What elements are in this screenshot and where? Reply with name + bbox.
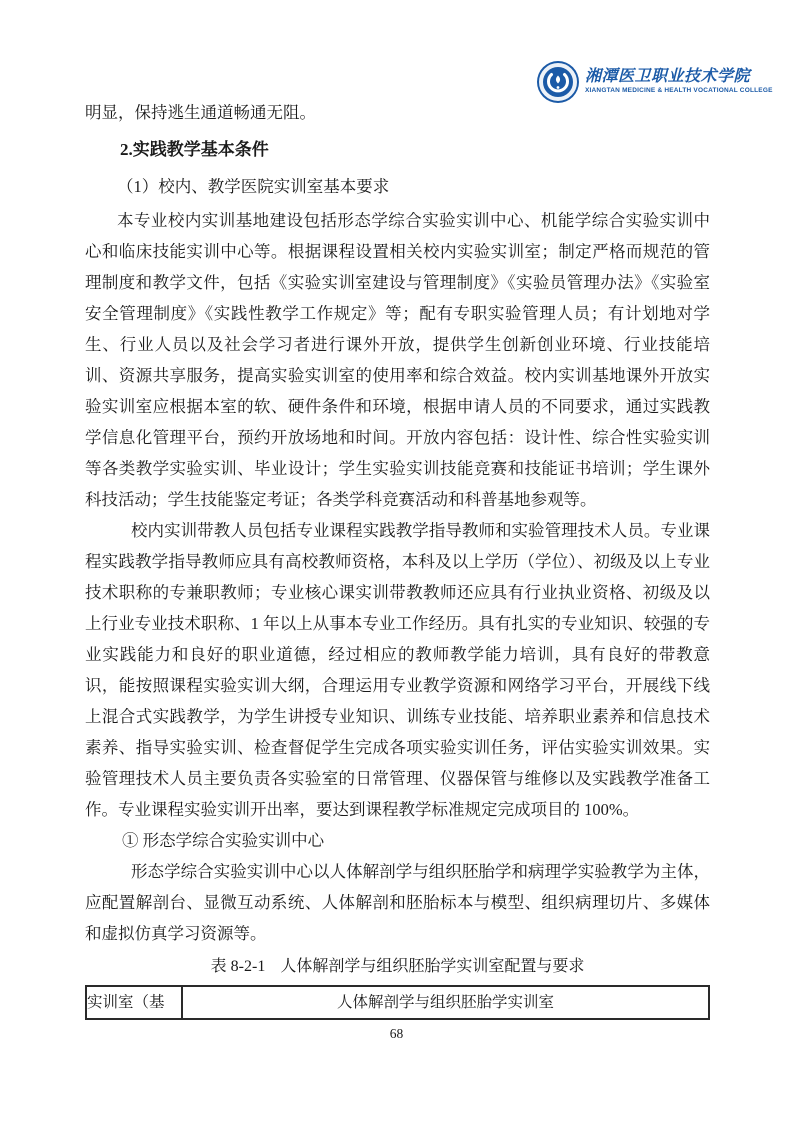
college-name-cn: 湘潭医卫职业技术学院 xyxy=(585,69,773,85)
paragraph-morphology-detail: 形态学综合实验实训中心以人体解剖学与组织胚胎学和病理学实验教学为主体，应配置解剖… xyxy=(85,856,710,949)
lab-config-table: 实训室（基 人体解剖学与组织胚胎学实训室 xyxy=(85,985,710,1020)
table-caption: 表 8-2-1 人体解剖学与组织胚胎学实训室配置与要求 xyxy=(85,952,710,982)
document-body: 明显，保持逃生通道畅通无阻。 2.实践教学基本条件 （1）校内、教学医院实训室基… xyxy=(85,95,710,1020)
college-name-en: XIANGTAN MEDICINE & HEALTH VOCATIONAL CO… xyxy=(585,88,773,95)
sub-heading: （1）校内、教学医院实训室基本要求 xyxy=(85,168,710,205)
paragraph-instructors: 校内实训带教人员包括专业课程实践教学指导教师和实验管理技术人员。专业课程实践教学… xyxy=(85,515,710,825)
table-row: 实训室（基 人体解剖学与组织胚胎学实训室 xyxy=(86,986,709,1019)
table-caption-label: 表 8-2-1 xyxy=(211,952,266,982)
paragraph-facilities: 本专业校内实训基地建设包括形态学综合实验实训中心、机能学综合实验实训中心和临床技… xyxy=(85,205,710,515)
table-cell-room-label: 实训室（基 xyxy=(86,986,182,1019)
table-cell-room-name: 人体解剖学与组织胚胎学实训室 xyxy=(182,986,709,1019)
document-page: 湘潭医卫职业技术学院 XIANGTAN MEDICINE & HEALTH VO… xyxy=(0,0,793,1122)
page-number: 68 xyxy=(0,1025,793,1043)
table-caption-title: 人体解剖学与组织胚胎学实训室配置与要求 xyxy=(280,952,584,982)
section-heading: 2.实践教学基本条件 xyxy=(85,131,710,168)
paragraph-continuation: 明显，保持逃生通道畅通无阻。 xyxy=(85,95,710,131)
list-item-morphology-center: ① 形态学综合实验实训中心 xyxy=(85,825,710,856)
